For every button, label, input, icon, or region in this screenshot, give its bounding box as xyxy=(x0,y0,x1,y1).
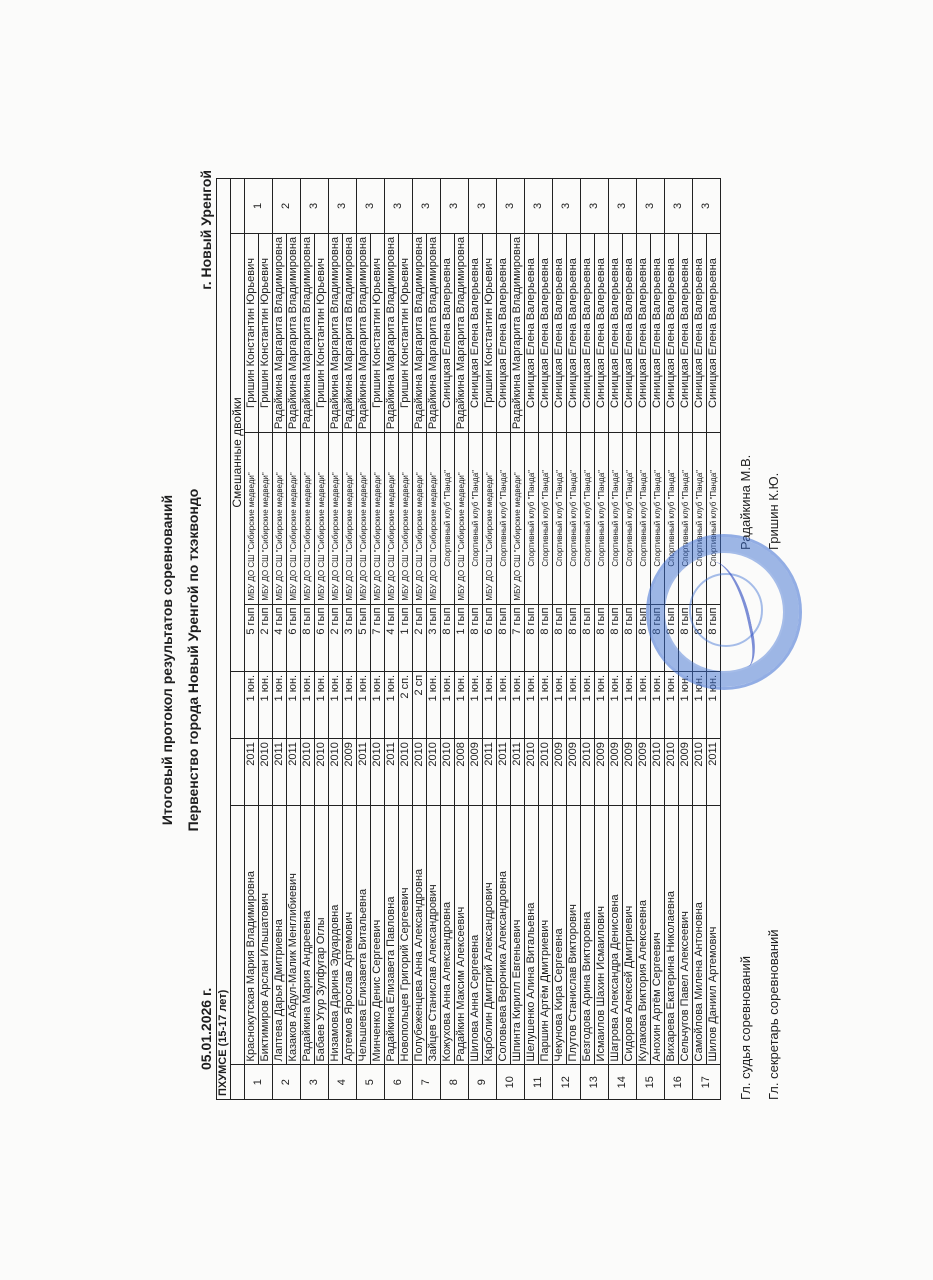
coach-name: Гришин Константин Юрьевич xyxy=(371,233,385,432)
belt-grade: 8 гып xyxy=(609,604,623,671)
table-row: 1Краснокутская Мария Владимировна20111 ю… xyxy=(245,179,259,1100)
coach-name: Гришин Константин Юрьевич xyxy=(483,233,497,432)
coach-name: Синицкая Елена Валерьевна xyxy=(595,233,609,432)
coach-name: Синицкая Елена Валерьевна xyxy=(693,233,707,432)
club-name: МБУ ДО СШ "Сибирские медведи" xyxy=(385,433,399,604)
club-name: МБУ ДО СШ "Сибирские медведи" xyxy=(301,433,315,604)
place-result: 3 xyxy=(385,179,413,234)
sport-rank: 1 юн. xyxy=(301,671,315,738)
club-name: МБУ ДО СШ "Сибирские медведи" xyxy=(245,433,259,604)
athlete-name: Карболин Дмитрий Александрович xyxy=(483,805,497,1065)
place-result: 3 xyxy=(301,179,329,234)
sport-rank: 1 юн. xyxy=(455,671,469,738)
belt-grade: 1 гып xyxy=(399,604,413,671)
coach-name: Синицкая Елена Валерьевна xyxy=(553,233,567,432)
table-row: Бабаев Угур Зулфугар Оглы20101 юн.6 гыпМ… xyxy=(315,179,329,1100)
table-row: Шпинта Кирилл Евгеньевич20111 юн.7 гыпМБ… xyxy=(511,179,525,1100)
pair-number: 1 xyxy=(245,1065,273,1100)
table-row: 4Низамова Дарина Эдуардовна20101 юн.2 гы… xyxy=(329,179,343,1100)
birth-year: 2011 xyxy=(357,739,371,806)
birth-year: 2010 xyxy=(693,739,707,806)
sport-rank: 1 юн. xyxy=(441,671,455,738)
coach-name: Синицкая Елена Валерьевна xyxy=(539,233,553,432)
club-name: Спортивный клуб "Панда" xyxy=(609,433,623,604)
club-name: МБУ ДО СШ "Сибирские медведи" xyxy=(483,433,497,604)
belt-grade: 5 гып xyxy=(245,604,259,671)
pair-number: 17 xyxy=(693,1065,721,1100)
club-name: МБУ ДО СШ "Сибирские медведи" xyxy=(259,433,273,604)
belt-grade: 2 гып xyxy=(259,604,273,671)
table-row: 11Шелушенко Алина Витальевна20101 юн.8 г… xyxy=(525,179,539,1100)
athlete-name: Казаков Абдул-Малик Менглибиевич xyxy=(287,805,301,1065)
club-name: МБУ ДО СШ "Сибирские медведи" xyxy=(399,433,413,604)
pair-number: 9 xyxy=(469,1065,497,1100)
club-name: Спортивный клуб "Панда" xyxy=(637,433,651,604)
athlete-name: Чекунова Кира Сергеевна xyxy=(553,805,567,1065)
coach-name: Гришин Константин Юрьевич xyxy=(245,233,259,432)
athlete-name: Шелушенко Алина Витальевна xyxy=(525,805,539,1065)
sport-rank: 1 юн. xyxy=(357,671,371,738)
athlete-name: Бабаев Угур Зулфугар Оглы xyxy=(315,805,329,1065)
athlete-name: Радайкина Елизавета Павловна xyxy=(385,805,399,1065)
table-row: 9Шилова Анна Сергеевна20091 юн.8 гыпСпор… xyxy=(469,179,483,1100)
table-row: 10Соловьева Вероника Александровна20111 … xyxy=(497,179,511,1100)
table-row: 8Кожухова Анна Александровна20101 юн.8 г… xyxy=(441,179,455,1100)
place-result: 3 xyxy=(693,179,721,234)
birth-year: 2009 xyxy=(469,739,483,806)
table-row: 7Полубеженцева Анна Александровна20102 с… xyxy=(413,179,427,1100)
coach-name: Радайкина Маргарита Владимировна xyxy=(343,233,357,432)
birth-year: 2010 xyxy=(651,739,665,806)
table-row: 2Лаптева Дарья Дмитриевна20111 юн.4 гыпМ… xyxy=(273,179,287,1100)
athlete-name: Шилова Анна Сергеевна xyxy=(469,805,483,1065)
birth-year: 2009 xyxy=(609,739,623,806)
pair-number: 16 xyxy=(665,1065,693,1100)
athlete-name: Соловьева Вероника Александровна xyxy=(497,805,511,1065)
coach-name: Радайкина Маргарита Владимировна xyxy=(427,233,441,432)
birth-year: 2011 xyxy=(287,739,301,806)
coach-name: Синицкая Елена Валерьевна xyxy=(707,233,721,432)
table-row: 6Радайкина Елизавета Павловна20111 юн.4 … xyxy=(385,179,399,1100)
pair-number: 10 xyxy=(497,1065,525,1100)
athlete-name: Биктимиров Арслан Ильшатович xyxy=(259,805,273,1065)
sport-rank: 1 юн. xyxy=(427,671,441,738)
place-result: 2 xyxy=(273,179,301,234)
sport-rank: 1 юн. xyxy=(637,671,651,738)
sport-rank: 1 юн. xyxy=(665,671,679,738)
birth-year: 2010 xyxy=(525,739,539,806)
coach-name: Радайкина Маргарита Владимировна xyxy=(385,233,399,432)
results-table: ПХУМСЕ (15-17 лет) Смешанные двойки 1Кра… xyxy=(216,178,721,1100)
athlete-name: Вихарева Екатерина Николаевна xyxy=(665,805,679,1065)
protocol-sheet: Итоговый протокол результатов соревнован… xyxy=(146,150,786,1170)
pair-number: 3 xyxy=(301,1065,329,1100)
table-row: Зайцев Станислав Александрович20101 юн.3… xyxy=(427,179,441,1100)
discipline-label: Смешанные двойки xyxy=(231,233,245,671)
birth-year: 2010 xyxy=(427,739,441,806)
birth-year: 2009 xyxy=(553,739,567,806)
club-name: Спортивный клуб "Панда" xyxy=(595,433,609,604)
athlete-name: Сидоров Алексей Дмитриевич xyxy=(623,805,637,1065)
belt-grade: 4 гып xyxy=(385,604,399,671)
sport-rank: 1 юн. xyxy=(609,671,623,738)
pair-number: 6 xyxy=(385,1065,413,1100)
athlete-name: Минченко Денис Сергеевич xyxy=(371,805,385,1065)
club-name: МБУ ДО СШ "Сибирские медведи" xyxy=(357,433,371,604)
belt-grade: 1 гып xyxy=(455,604,469,671)
coach-name: Синицкая Елена Валерьевна xyxy=(469,233,483,432)
club-name: МБУ ДО СШ "Сибирские медведи" xyxy=(427,433,441,604)
pair-number: 8 xyxy=(441,1065,469,1100)
secretary-name: Гришин К.Ю. xyxy=(766,473,781,550)
club-name: МБУ ДО СШ "Сибирские медведи" xyxy=(371,433,385,604)
belt-grade: 5 гып xyxy=(357,604,371,671)
sport-rank: 1 юн. xyxy=(553,671,567,738)
coach-name: Радайкина Маргарита Владимировна xyxy=(511,233,525,432)
belt-grade: 8 гып xyxy=(441,604,455,671)
place-result: 3 xyxy=(469,179,497,234)
coach-name: Радайкина Маргарита Владимировна xyxy=(357,233,371,432)
club-name: Спортивный клуб "Панда" xyxy=(441,433,455,604)
place-result: 3 xyxy=(497,179,525,234)
birth-year: 2011 xyxy=(385,739,399,806)
birth-year: 2010 xyxy=(413,739,427,806)
birth-year: 2009 xyxy=(637,739,651,806)
belt-grade: 8 гып xyxy=(567,604,581,671)
athlete-name: Плутов Станислав Викторович xyxy=(567,805,581,1065)
birth-year: 2010 xyxy=(399,739,413,806)
sport-rank: 1 юн. xyxy=(525,671,539,738)
athlete-name: Низамова Дарина Эдуардовна xyxy=(329,805,343,1065)
athlete-name: Новопольцев Григорий Сергеевич xyxy=(399,805,413,1065)
coach-name: Радайкина Маргарита Владимировна xyxy=(273,233,287,432)
athlete-name: Краснокутская Мария Владимировна xyxy=(245,805,259,1065)
athlete-name: Шагрова Александра Денисовна xyxy=(609,805,623,1065)
sport-rank: 1 юн. xyxy=(623,671,637,738)
birth-year: 2011 xyxy=(497,739,511,806)
belt-grade: 8 гып xyxy=(595,604,609,671)
coach-name: Гришин Константин Юрьевич xyxy=(315,233,329,432)
place-result: 3 xyxy=(553,179,581,234)
athlete-name: Зайцев Станислав Александрович xyxy=(427,805,441,1065)
sport-rank: 1 юн. xyxy=(469,671,483,738)
belt-grade: 7 гып xyxy=(511,604,525,671)
athlete-name: Паршин Артём Дмитриевич xyxy=(539,805,553,1065)
table-row: Карболин Дмитрий Александрович20111 юн.6… xyxy=(483,179,497,1100)
coach-name: Синицкая Елена Валерьевна xyxy=(637,233,651,432)
club-name: МБУ ДО СШ "Сибирские медведи" xyxy=(287,433,301,604)
document-date: 05.01.2026 г. xyxy=(198,988,214,1070)
coach-name: Синицкая Елена Валерьевна xyxy=(525,233,539,432)
table-row: Плутов Станислав Викторович20091 юн.8 гы… xyxy=(567,179,581,1100)
table-row: Сидоров Алексей Дмитриевич20091 юн.8 гып… xyxy=(623,179,637,1100)
document-city: г. Новый Уренгой xyxy=(198,170,214,290)
athlete-name: Шпинта Кирилл Евгеньевич xyxy=(511,805,525,1065)
athlete-name: Артемов Ярослав Артемович xyxy=(343,805,357,1065)
athlete-name: Шилов Даниил Артемович xyxy=(707,805,721,1065)
birth-year: 2009 xyxy=(595,739,609,806)
secretary-label: Гл. секретарь соревнований xyxy=(766,929,781,1100)
athlete-name: Исмаилов Шахин Исмаилович xyxy=(595,805,609,1065)
coach-name: Синицкая Елена Валерьевна xyxy=(581,233,595,432)
sport-rank: 1 юн. xyxy=(315,671,329,738)
place-result: 3 xyxy=(441,179,469,234)
coach-name: Синицкая Елена Валерьевна xyxy=(497,233,511,432)
birth-year: 2010 xyxy=(441,739,455,806)
discipline-row: Смешанные двойки xyxy=(231,179,245,1100)
birth-year: 2008 xyxy=(455,739,469,806)
birth-year: 2010 xyxy=(315,739,329,806)
category-label: ПХУМСЕ (15-17 лет) xyxy=(217,179,231,1100)
sport-rank: 1 юн. xyxy=(385,671,399,738)
coach-name: Радайкина Маргарита Владимировна xyxy=(413,233,427,432)
athlete-name: Чельшева Елизавета Витальевна xyxy=(357,805,371,1065)
belt-grade: 8 гып xyxy=(497,604,511,671)
document-title: Итоговый протокол результатов соревнован… xyxy=(154,150,180,1170)
belt-grade: 6 гып xyxy=(483,604,497,671)
pair-number: 2 xyxy=(273,1065,301,1100)
place-result: 3 xyxy=(581,179,609,234)
pair-number: 11 xyxy=(525,1065,553,1100)
sport-rank: 2 сп. xyxy=(399,671,413,738)
table-row: Паршин Артём Дмитриевич20101 юн.8 гыпСпо… xyxy=(539,179,553,1100)
table-row: Казаков Абдул-Малик Менглибиевич20111 юн… xyxy=(287,179,301,1100)
table-row: Новопольцев Григорий Сергеевич20102 сп.1… xyxy=(399,179,413,1100)
table-row: Радайкин Максим Алексеевич20081 юн.1 гып… xyxy=(455,179,469,1100)
sport-rank: 1 юн. xyxy=(581,671,595,738)
table-row: 12Чекунова Кира Сергеевна20091 юн.8 гыпС… xyxy=(553,179,567,1100)
sport-rank: 1 юн. xyxy=(511,671,525,738)
belt-grade: 8 гып xyxy=(301,604,315,671)
belt-grade: 8 гып xyxy=(623,604,637,671)
club-name: Спортивный клуб "Панда" xyxy=(623,433,637,604)
coach-name: Радайкина Маргарита Владимировна xyxy=(301,233,315,432)
birth-year: 2010 xyxy=(259,739,273,806)
birth-year: 2011 xyxy=(273,739,287,806)
sport-rank: 1 юн. xyxy=(287,671,301,738)
club-name: МБУ ДО СШ "Сибирские медведи" xyxy=(315,433,329,604)
pair-number: 13 xyxy=(581,1065,609,1100)
table-row: Артемов Ярослав Артемович20091 юн.3 гыпМ… xyxy=(343,179,357,1100)
sport-rank: 1 юн. xyxy=(343,671,357,738)
belt-grade: 6 гып xyxy=(287,604,301,671)
place-result: 1 xyxy=(245,179,273,234)
place-result: 3 xyxy=(525,179,553,234)
pair-number: 14 xyxy=(609,1065,637,1100)
sport-rank: 1 юн. xyxy=(483,671,497,738)
belt-grade: 2 гып xyxy=(329,604,343,671)
table-row: 15Кулакова Виктория Алексеевна20091 юн.8… xyxy=(637,179,651,1100)
belt-grade: 4 гып xyxy=(273,604,287,671)
coach-name: Гришин Константин Юрьевич xyxy=(259,233,273,432)
club-name: МБУ ДО СШ "Сибирские медведи" xyxy=(329,433,343,604)
place-result: 3 xyxy=(637,179,665,234)
table-row: Минченко Денис Сергеевич20101 юн.7 гыпМБ… xyxy=(371,179,385,1100)
birth-year: 2009 xyxy=(567,739,581,806)
coach-name: Радайкина Маргарита Владимировна xyxy=(329,233,343,432)
sport-rank: 1 юн. xyxy=(651,671,665,738)
athlete-name: Безгодова Арина Викторовна xyxy=(581,805,595,1065)
birth-year: 2010 xyxy=(371,739,385,806)
birth-year: 2010 xyxy=(581,739,595,806)
pair-number: 4 xyxy=(329,1065,357,1100)
club-name: МБУ ДО СШ "Сибирские медведи" xyxy=(455,433,469,604)
belt-grade: 2 гып xyxy=(413,604,427,671)
coach-name: Синицкая Елена Валерьевна xyxy=(609,233,623,432)
place-result: 3 xyxy=(413,179,441,234)
birth-year: 2009 xyxy=(343,739,357,806)
sport-rank: 1 юн. xyxy=(371,671,385,738)
belt-grade: 8 гып xyxy=(553,604,567,671)
athlete-name: Полубеженцева Анна Александровна xyxy=(413,805,427,1065)
club-name: Спортивный клуб "Панда" xyxy=(567,433,581,604)
table-row: Биктимиров Арслан Ильшатович20101 юн.2 г… xyxy=(259,179,273,1100)
belt-grade: 3 гып xyxy=(427,604,441,671)
birth-year: 2010 xyxy=(539,739,553,806)
table-row: 14Шагрова Александра Денисовна20091 юн.8… xyxy=(609,179,623,1100)
sport-rank: 1 юн. xyxy=(329,671,343,738)
coach-name: Синицкая Елена Валерьевна xyxy=(665,233,679,432)
coach-name: Радайкина Маргарита Владимировна xyxy=(287,233,301,432)
athlete-name: Радайкина Мария Андреевна xyxy=(301,805,315,1065)
sport-rank: 1 юн. xyxy=(539,671,553,738)
club-name: МБУ ДО СШ "Сибирские медведи" xyxy=(413,433,427,604)
place-result: 3 xyxy=(329,179,357,234)
club-name: Спортивный клуб "Панда" xyxy=(539,433,553,604)
table-row: Исмаилов Шахин Исмаилович20091 юн.8 гыпС… xyxy=(595,179,609,1100)
coach-name: Синицкая Елена Валерьевна xyxy=(567,233,581,432)
coach-name: Гришин Константин Юрьевич xyxy=(399,233,413,432)
sport-rank: 1 юн. xyxy=(567,671,581,738)
sport-rank: 1 юн. xyxy=(595,671,609,738)
sport-rank: 1 юн. xyxy=(259,671,273,738)
athlete-name: Сельчугов Павел Алексеевич xyxy=(679,805,693,1065)
pair-number: 5 xyxy=(357,1065,385,1100)
birth-year: 2011 xyxy=(707,739,721,806)
birth-year: 2010 xyxy=(329,739,343,806)
belt-grade: 8 гып xyxy=(525,604,539,671)
athlete-name: Кулакова Виктория Алексеевна xyxy=(637,805,651,1065)
birth-year: 2011 xyxy=(511,739,525,806)
athlete-name: Кожухова Анна Александровна xyxy=(441,805,455,1065)
athlete-name: Самойлова Милена Антоновна xyxy=(693,805,707,1065)
birth-year: 2009 xyxy=(679,739,693,806)
pair-number: 7 xyxy=(413,1065,441,1100)
place-result: 3 xyxy=(665,179,693,234)
birth-year: 2011 xyxy=(245,739,259,806)
coach-name: Синицкая Елена Валерьевна xyxy=(441,233,455,432)
coach-name: Синицкая Елена Валерьевна xyxy=(679,233,693,432)
belt-grade: 8 гып xyxy=(539,604,553,671)
belt-grade: 8 гып xyxy=(581,604,595,671)
place-result: 3 xyxy=(609,179,637,234)
table-row: 3Радайкина Мария Андреевна20101 юн.8 гып… xyxy=(301,179,315,1100)
club-name: Спортивный клуб "Панда" xyxy=(469,433,483,604)
club-name: Спортивный клуб "Панда" xyxy=(553,433,567,604)
coach-name: Синицкая Елена Валерьевна xyxy=(623,233,637,432)
club-name: Спортивный клуб "Панда" xyxy=(497,433,511,604)
sport-rank: 1 юн. xyxy=(273,671,287,738)
pair-number: 12 xyxy=(553,1065,581,1100)
club-name: Спортивный клуб "Панда" xyxy=(525,433,539,604)
birth-year: 2010 xyxy=(665,739,679,806)
birth-year: 2009 xyxy=(623,739,637,806)
sport-rank: 2 сп xyxy=(413,671,427,738)
place-result: 3 xyxy=(357,179,385,234)
belt-grade: 6 гып xyxy=(315,604,329,671)
club-name: Спортивный клуб "Панда" xyxy=(581,433,595,604)
birth-year: 2010 xyxy=(301,739,315,806)
table-row: 5Чельшева Елизавета Витальевна20111 юн.5… xyxy=(357,179,371,1100)
belt-grade: 3 гып xyxy=(343,604,357,671)
judge-label: Гл. судья соревнований xyxy=(738,956,753,1100)
club-name: МБУ ДО СШ "Сибирские медведи" xyxy=(273,433,287,604)
belt-grade: 7 гып xyxy=(371,604,385,671)
club-name: МБУ ДО СШ "Сибирские медведи" xyxy=(343,433,357,604)
coach-name: Радайкина Маргарита Владимировна xyxy=(455,233,469,432)
birth-year: 2011 xyxy=(483,739,497,806)
pair-number: 15 xyxy=(637,1065,665,1100)
category-row: ПХУМСЕ (15-17 лет) xyxy=(217,179,231,1100)
sport-rank: 1 юн. xyxy=(497,671,511,738)
coach-name: Синицкая Елена Валерьевна xyxy=(651,233,665,432)
belt-grade: 8 гып xyxy=(469,604,483,671)
club-name: МБУ ДО СШ "Сибирские медведи" xyxy=(511,433,525,604)
athlete-name: Анохин Артём Сергеевич xyxy=(651,805,665,1065)
sport-rank: 1 юн. xyxy=(245,671,259,738)
table-row: 13Безгодова Арина Викторовна20101 юн.8 г… xyxy=(581,179,595,1100)
athlete-name: Радайкин Максим Алексеевич xyxy=(455,805,469,1065)
athlete-name: Лаптева Дарья Дмитриевна xyxy=(273,805,287,1065)
